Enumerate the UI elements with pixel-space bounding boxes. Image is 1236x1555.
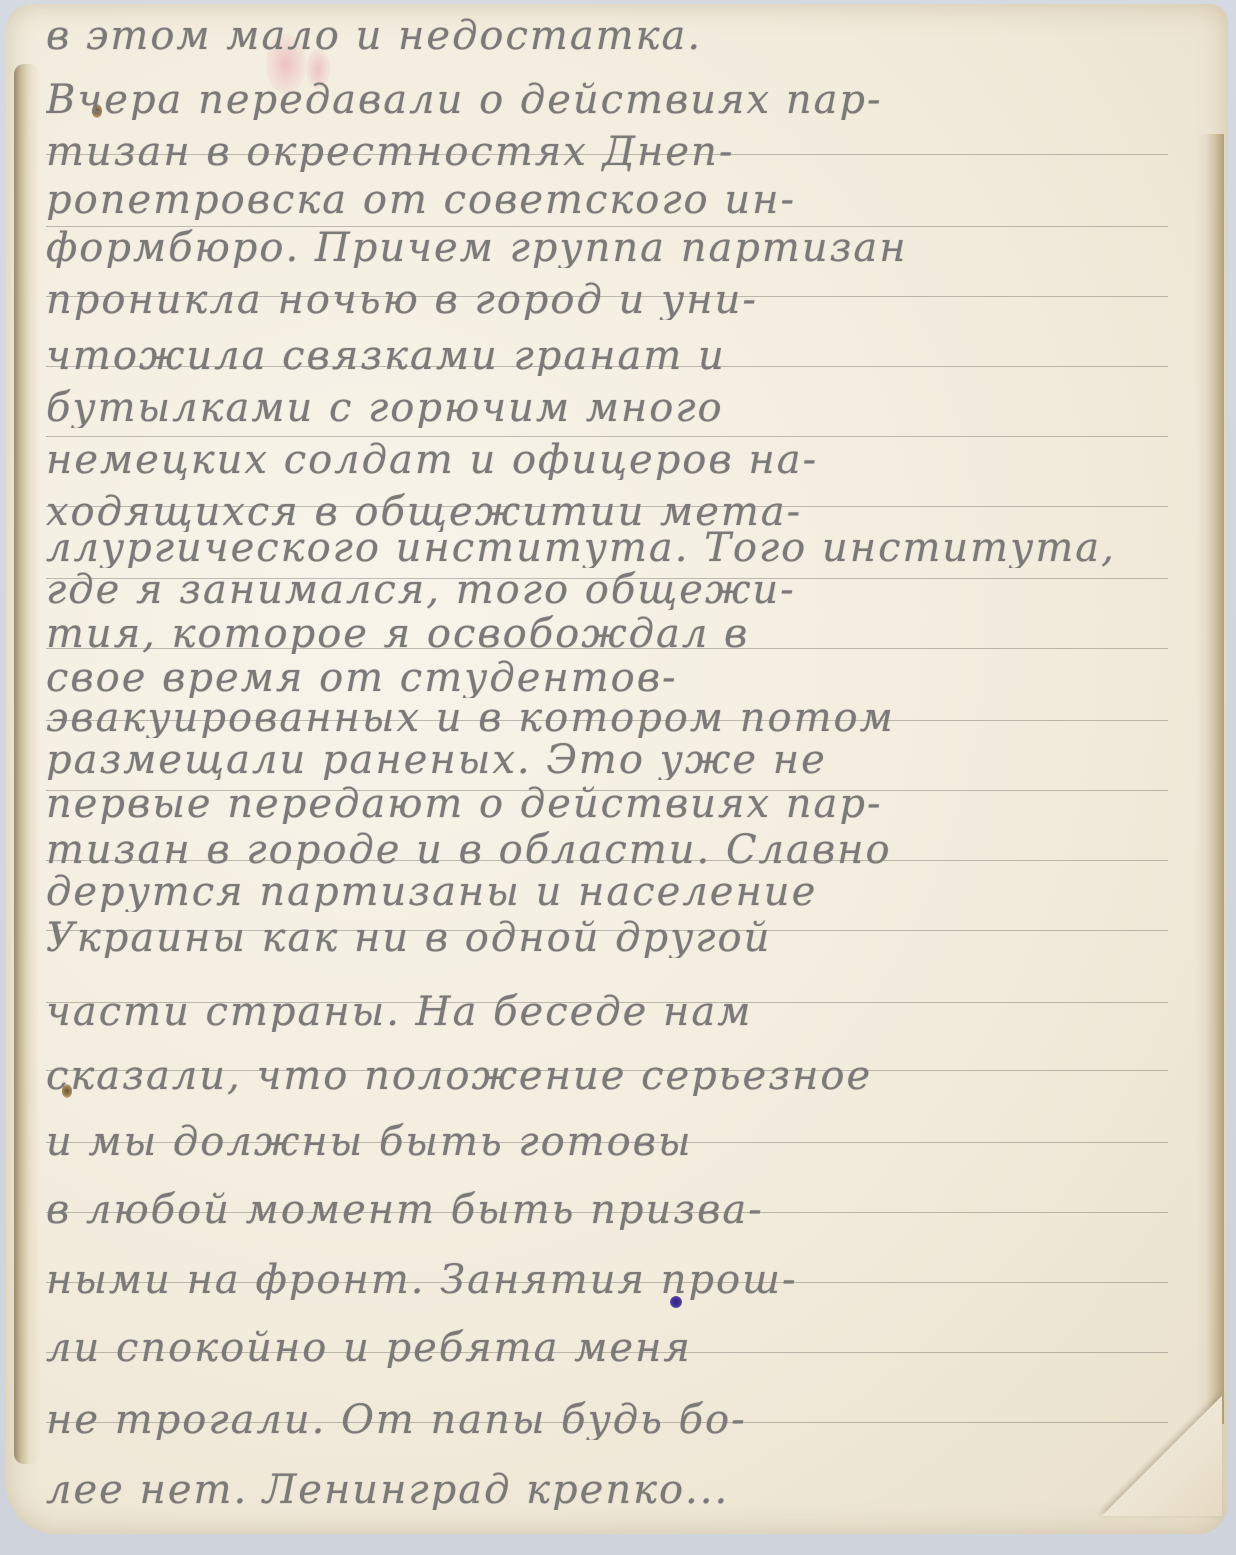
handwritten-line: тизан в городе и в области. Славно: [46, 830, 1178, 870]
handwritten-line: тизан в окрестностях Днеп-: [46, 132, 1178, 172]
page-right-edge: [1196, 134, 1224, 1424]
ruled-line: [46, 436, 1168, 437]
handwritten-line: чтожила связками гранат и: [46, 336, 1178, 376]
handwritten-line: свое время от студентов-: [46, 658, 1178, 698]
handwritten-line: немецких солдат и офицеров на-: [46, 440, 1178, 480]
handwritten-line: ли спокойно и ребята меня: [46, 1328, 1178, 1368]
handwritten-line: дерутся партизаны и население: [46, 872, 1178, 912]
handwritten-line: лее нет. Ленинград крепко...: [46, 1470, 1178, 1510]
handwritten-line: ллургического института. Того института,: [46, 528, 1178, 568]
handwritten-line: в любой момент быть призва-: [46, 1190, 1178, 1230]
handwritten-line: части страны. На беседе нам: [46, 992, 1178, 1032]
handwritten-line: в этом мало и недостатка.: [46, 16, 1178, 56]
handwritten-line: Вчера передавали о действиях пар-: [46, 80, 1178, 120]
ruled-line: [46, 226, 1168, 227]
handwritten-line: размещали раненых. Это уже не: [46, 740, 1178, 780]
handwritten-line: Украины как ни в одной другой: [46, 918, 1178, 958]
handwritten-line: не трогали. От папы будь бо-: [46, 1400, 1178, 1440]
handwritten-line: и мы должны быть готовы: [46, 1122, 1178, 1162]
handwritten-line: проникла ночью в город и уни-: [46, 280, 1178, 320]
handwritten-line: ропетровска от советского ин-: [46, 180, 1178, 220]
handwritten-line: первые передают о действиях пар-: [46, 784, 1178, 824]
handwritten-line: формбюро. Причем группа партизан: [46, 228, 1178, 268]
folded-corner: [1102, 1396, 1222, 1516]
page-binding-edge: [14, 64, 40, 1464]
handwritten-line: бутылками с горючим много: [46, 388, 1178, 428]
handwritten-line: сказали, что положение серьезное: [46, 1056, 1178, 1096]
handwritten-line: где я занимался, того общежи-: [46, 570, 1178, 610]
notebook-page: в этом мало и недостатка. Вчера передава…: [6, 4, 1228, 1534]
handwritten-line: эвакуированных и в котором потом: [46, 698, 1178, 738]
handwritten-line: ными на фронт. Занятия прош-: [46, 1260, 1178, 1300]
handwritten-line: тия, которое я освобождал в: [46, 614, 1178, 654]
handwritten-line: ходящихся в общежитии мета-: [46, 492, 1178, 532]
